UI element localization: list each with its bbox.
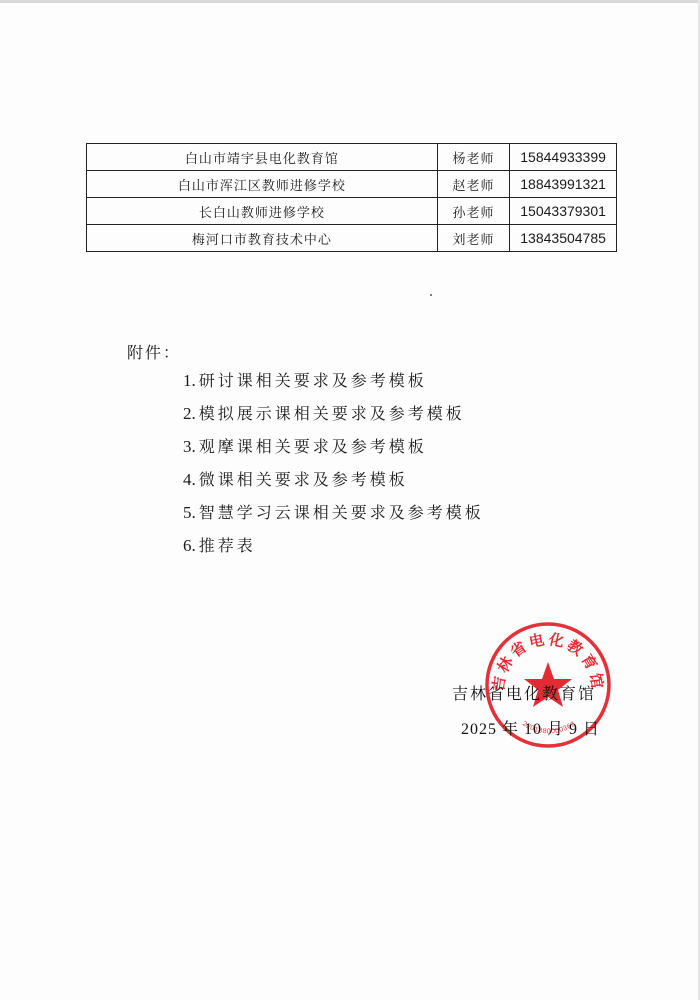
- item-label: 观摩课相关要求及参考模板: [199, 437, 427, 456]
- list-item: 4.微课相关要求及参考模板: [183, 469, 484, 502]
- table-row: 白山市浑江区教师进修学校 赵老师 18843991321: [87, 171, 617, 198]
- org-cell: 长白山教师进修学校: [87, 198, 438, 225]
- phone-cell: 13843504785: [510, 225, 617, 252]
- issuer-name: 吉林省电化教育馆: [452, 681, 596, 704]
- item-number: 1.: [183, 371, 196, 390]
- list-item: 1.研讨课相关要求及参考模板: [183, 370, 484, 403]
- item-number: 3.: [183, 437, 196, 456]
- attachments-list: 1.研讨课相关要求及参考模板 2.模拟展示课相关要求及参考模板 3.观摩课相关要…: [183, 370, 484, 568]
- org-cell: 白山市靖宇县电化教育馆: [87, 144, 438, 171]
- item-label: 研讨课相关要求及参考模板: [199, 371, 427, 390]
- phone-cell: 15844933399: [510, 144, 617, 171]
- contacts-table: 白山市靖宇县电化教育馆 杨老师 15844933399 白山市浑江区教师进修学校…: [86, 143, 617, 252]
- scan-speck: [430, 294, 432, 296]
- page-top-edge: [0, 0, 700, 3]
- org-cell: 梅河口市教育技术中心: [87, 225, 438, 252]
- item-number: 6.: [183, 536, 196, 555]
- contact-cell: 杨老师: [437, 144, 509, 171]
- contact-cell: 孙老师: [437, 198, 509, 225]
- list-item: 6.推荐表: [183, 535, 484, 568]
- item-number: 2.: [183, 404, 196, 423]
- issue-date: 2025 年 10 月 9 日: [461, 716, 600, 739]
- phone-cell: 18843991321: [510, 171, 617, 198]
- table-row: 梅河口市教育技术中心 刘老师 13843504785: [87, 225, 617, 252]
- item-number: 5.: [183, 503, 196, 522]
- contact-cell: 赵老师: [437, 171, 509, 198]
- phone-cell: 15043379301: [510, 198, 617, 225]
- list-item: 3.观摩课相关要求及参考模板: [183, 436, 484, 469]
- table-row: 白山市靖宇县电化教育馆 杨老师 15844933399: [87, 144, 617, 171]
- contact-cell: 刘老师: [437, 225, 509, 252]
- item-number: 4.: [183, 470, 196, 489]
- attachments-title: 附件：: [127, 340, 181, 363]
- item-label: 模拟展示课相关要求及参考模板: [199, 404, 465, 423]
- item-label: 推荐表: [199, 536, 256, 555]
- list-item: 2.模拟展示课相关要求及参考模板: [183, 403, 484, 436]
- org-cell: 白山市浑江区教师进修学校: [87, 171, 438, 198]
- item-label: 微课相关要求及参考模板: [199, 470, 408, 489]
- item-label: 智慧学习云课相关要求及参考模板: [199, 503, 484, 522]
- list-item: 5.智慧学习云课相关要求及参考模板: [183, 502, 484, 535]
- table-row: 长白山教师进修学校 孙老师 15043379301: [87, 198, 617, 225]
